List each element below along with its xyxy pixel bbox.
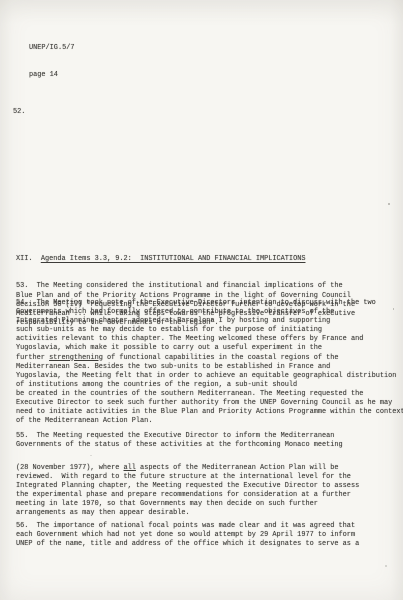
- scanned-document-page: UNEP/IG.5/7 page 14 52. XII. Agenda Item…: [0, 0, 403, 600]
- typed-line: each Government which had not yet done s…: [16, 531, 359, 540]
- page-number-label: page 14: [29, 71, 75, 80]
- typed-line: Integrated Planning chapter, the Meeting…: [16, 482, 359, 491]
- typed-line: Mediterranean Sea. Besides the two sub-u…: [16, 363, 403, 372]
- typed-line: reviewed. With regard to the future stru…: [16, 473, 359, 482]
- section-heading-title: Agenda Items 3.3, 9.2: INSTITUTIONAL AND…: [41, 255, 306, 263]
- typed-line: (28 November 1977), where all aspects of…: [16, 464, 359, 473]
- typed-line: Yugoslavia, the Meeting felt that in ord…: [16, 372, 403, 381]
- typed-line: the experimental phase and prepare recom…: [16, 491, 359, 500]
- typed-line: of institutions among the countries of t…: [16, 381, 403, 390]
- typed-line: Executive Director to seek such further …: [16, 399, 403, 408]
- typed-line: UNEP of the name, title and address of t…: [16, 540, 359, 549]
- heading-spacer: [33, 255, 41, 263]
- typed-line: be created in the countries of the south…: [16, 390, 403, 399]
- typed-line: Yugoslavia, which make it possible to ca…: [16, 344, 403, 353]
- typed-line: 56. The importance of national focal poi…: [16, 522, 359, 531]
- paragraph-56: 56. The importance of national focal poi…: [16, 522, 359, 549]
- section-heading: XII. Agenda Items 3.3, 9.2: INSTITUTIONA…: [16, 255, 355, 264]
- typed-line: need to initiate activities in the Blue …: [16, 408, 403, 417]
- paragraph-55-part2: (28 November 1977), where all aspects of…: [16, 464, 359, 519]
- document-reference: UNEP/IG.5/7: [29, 44, 75, 53]
- document-header: UNEP/IG.5/7 page 14: [29, 26, 75, 99]
- typed-line: arrangements as may then appear desirabl…: [16, 509, 359, 518]
- typed-line: Governments of the status of these activ…: [16, 441, 343, 450]
- typed-line: 55. The Meeting requested the Executive …: [16, 432, 343, 441]
- scan-speck: [385, 565, 387, 567]
- typed-line: 53. The Meeting considered the instituti…: [16, 282, 355, 291]
- margin-paragraph-number: 52.: [13, 108, 25, 117]
- typed-line: such sub-units as he may decide to estab…: [16, 326, 403, 335]
- scan-speck: [90, 455, 92, 456]
- typed-line: 54. The Meeting took note of the Executi…: [16, 299, 403, 308]
- paragraph-55-part1: 55. The Meeting requested the Executive …: [16, 432, 343, 450]
- typed-line: further strengthening of functional capa…: [16, 354, 403, 363]
- typed-line: of the Mediterranean Action Plan.: [16, 417, 403, 426]
- scan-speck: [393, 308, 394, 310]
- section-heading-prefix: XII.: [16, 255, 33, 263]
- typed-line: Integrated Planning chapter adopted at B…: [16, 317, 403, 326]
- scan-speck: [388, 203, 390, 205]
- typed-line: Governments which had formally offered t…: [16, 308, 403, 317]
- paragraph-54: 54. The Meeting took note of the Executi…: [16, 299, 403, 426]
